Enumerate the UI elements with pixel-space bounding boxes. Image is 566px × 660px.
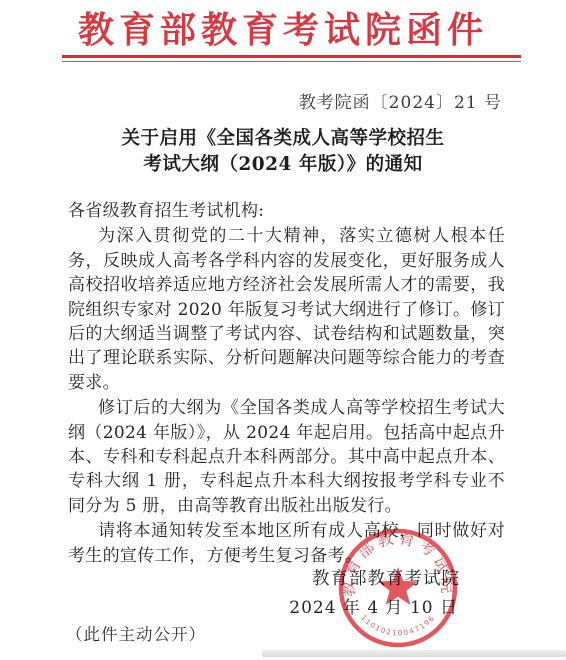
footer-disclosure-note: （此件主动公开） [66, 621, 206, 645]
letter-body: 各省级教育招生考试机构: 为深入贯彻党的二十大精神，落实立德树人根本任务，反映成… [68, 199, 505, 568]
document-page: 教育部教育考试院函件 教考院函〔2024〕21 号 关于启用《全国各类成人高等学… [0, 0, 566, 660]
divider-thick-line [62, 55, 521, 58]
document-number: 教考院函〔2024〕21 号 [299, 88, 502, 113]
notice-title-line1: 关于启用《全国各类成人高等学校招生 [0, 126, 566, 152]
notice-title: 关于启用《全国各类成人高等学校招生 考试大纲（2024 年版）》的通知 [0, 126, 566, 178]
body-paragraph-1: 为深入贯彻党的二十大精神，落实立德树人根本任务，反映成人高考各学科内容的发展变化… [68, 224, 505, 395]
body-paragraph-3: 请将本通知转发至本地区所有成人高校，同时做好对考生的宣传工作，方便考生复习备考。 [68, 519, 505, 568]
divider-thin-line [62, 61, 521, 62]
letterhead-title: 教育部教育考试院函件 [0, 8, 566, 52]
notice-title-line2: 考试大纲（2024 年版）》的通知 [0, 152, 566, 178]
body-paragraph-2: 修订后的大纲为《全国各类成人高等学校招生考试大纲（2024 年版）》，从 202… [68, 396, 505, 518]
letterhead-divider [62, 55, 521, 63]
signature-date: 2024 年 4 月 10 日 [289, 593, 458, 618]
salutation: 各省级教育招生考试机构: [68, 199, 505, 223]
scan-artifact [262, 650, 566, 657]
signature-organization: 教育部教育考试院 [312, 565, 460, 590]
